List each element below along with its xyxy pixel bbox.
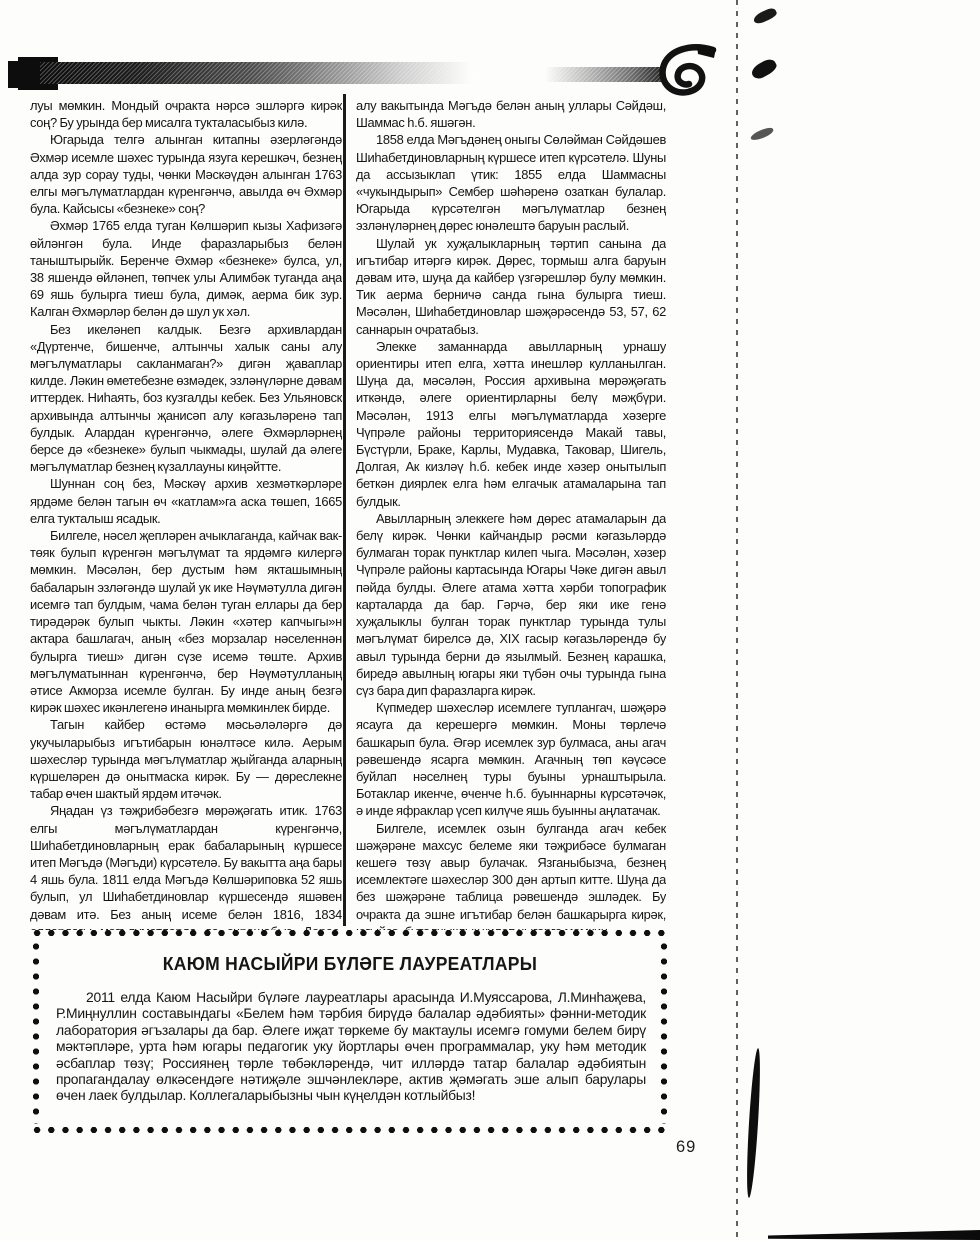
scan-artifact-smudge [752,7,778,26]
article-paragraph: Без икеләнеп калдык. Безгә архивлардан «… [30,321,342,476]
dotted-border-bottom [30,1126,670,1134]
column-divider-rule [343,94,346,926]
article-paragraph: Шуннан соң без, Мәскәү архив хезмәткәрлә… [30,475,342,527]
article-paragraph: Әхмәр 1765 елда туган Көлшәрип кызы Хафи… [30,217,342,320]
scan-artifact-smudge [749,126,774,142]
article-paragraph: Билгеле, нәсел җепләрен ачыклаганда, кай… [30,527,342,716]
scan-artifact-bottom-line [768,1230,980,1240]
article-paragraph: луы мөмкин. Мондый очракта нәрсә эшләргә… [30,97,342,131]
article-paragraph: Күпмедер шәхесләр исемлеге туплангач, шә… [356,699,666,819]
dotted-border-top [30,929,670,937]
article-paragraph: Шулай ук хуҗалыкларның тәртип санына да … [356,235,666,338]
swirl-ornament-icon [653,42,719,100]
dotted-border-left [32,939,40,1124]
page-number: 69 [676,1138,696,1157]
dotted-border-right [660,939,668,1124]
article-paragraph: Элекке заманнарда авылларның урнашу орие… [356,338,666,510]
article-paragraph: алу вакытында Мәгъдә белән аның уллары С… [356,97,666,131]
award-announcement-box: КАЮМ НАСЫЙРИ БҮЛӘГЕ ЛАУРЕАТЛАРЫ 2011 елд… [30,929,670,1134]
article-paragraph: Авылларның элеккеге һәм дөрес атамаларын… [356,510,666,699]
article-right-column: алу вакытында Мәгъдә белән аның уллары С… [356,97,666,930]
article-paragraph: Тагын кайбер өстәмә мәсьәләләргә дә укуч… [30,716,342,802]
scanned-page: луы мөмкин. Мондый очракта нәрсә эшләргә… [0,0,980,1240]
article-paragraph: 1858 елда Мәгъдәнең оныгы Сөләйман Сәйдә… [356,131,666,234]
header-gradient-bar-right [545,67,663,82]
article-paragraph: Яңадан үз тәҗрибәбезгә мөрәҗәгать итик. … [30,802,342,930]
scan-artifact-smudge [749,57,779,82]
article-paragraph: Югарыда телгә алынган китапны әзерләгәнд… [30,131,342,217]
award-box-title: КАЮМ НАСЫЙРИ БҮЛӘГЕ ЛАУРЕАТЛАРЫ [60,954,640,976]
article-paragraph: Билгеле, исемлек озын булганда агач кебе… [356,820,666,930]
scan-artifact-dashed-line [736,0,738,1240]
article-left-column: луы мөмкин. Мондый очракта нәрсә эшләргә… [30,97,342,930]
header-gradient-bar [40,62,480,84]
scan-artifact-streak [744,1048,762,1198]
award-box-body: 2011 елда Каюм Насыйри бүләге лауреатлар… [56,989,646,1104]
